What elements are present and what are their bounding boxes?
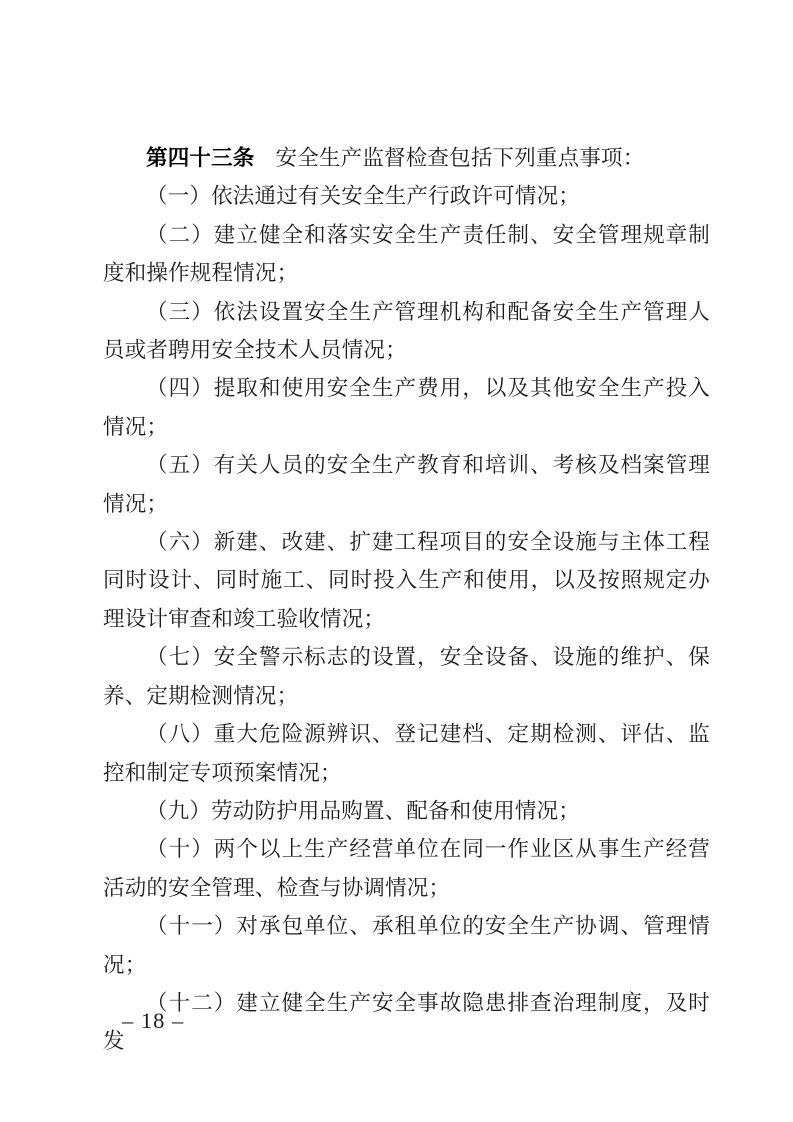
document-page: 第四十三条安全生产监督检查包括下列重点事项： （一）依法通过有关安全生产行政许可…: [0, 0, 793, 1122]
article-item-8: （八）重大危险源辨识、登记建档、定期检测、评估、监控和制定专项预案情况；: [103, 715, 710, 792]
article-item-6: （六）新建、改建、扩建工程项目的安全设施与主体工程同时设计、同时施工、同时投入生…: [103, 523, 710, 638]
article-item-4: （四）提取和使用安全生产费用，以及其他安全生产投入情况；: [103, 369, 710, 446]
article-item-11: （十一）对承包单位、承租单位的安全生产协调、管理情况；: [103, 907, 710, 984]
article-item-7: （七）安全警示标志的设置，安全设备、设施的维护、保养、定期检测情况；: [103, 638, 710, 715]
article-item-2: （二）建立健全和落实安全生产责任制、安全管理规章制度和操作规程情况；: [103, 216, 710, 293]
article-item-5: （五）有关人员的安全生产教育和培训、考核及档案管理情况；: [103, 446, 710, 523]
article-item-10: （十）两个以上生产经营单位在同一作业区从事生产经营活动的安全管理、检查与协调情况…: [103, 830, 710, 907]
article-number: 第四十三条: [146, 146, 255, 170]
article-heading: 第四十三条安全生产监督检查包括下列重点事项：: [103, 139, 710, 177]
article-item-3: （三）依法设置安全生产管理机构和配备安全生产管理人员或者聘用安全技术人员情况；: [103, 293, 710, 370]
article-intro: 安全生产监督检查包括下列重点事项：: [276, 146, 645, 170]
article-item-12: （十二）建立健全生产安全事故隐患排查治理制度，及时发: [103, 984, 710, 1061]
article-item-9: （九）劳动防护用品购置、配备和使用情况；: [103, 792, 710, 830]
article-item-1: （一）依法通过有关安全生产行政许可情况；: [103, 177, 710, 215]
article-body: 第四十三条安全生产监督检查包括下列重点事项： （一）依法通过有关安全生产行政许可…: [103, 139, 710, 1061]
page-number: – 18 –: [122, 1008, 184, 1034]
